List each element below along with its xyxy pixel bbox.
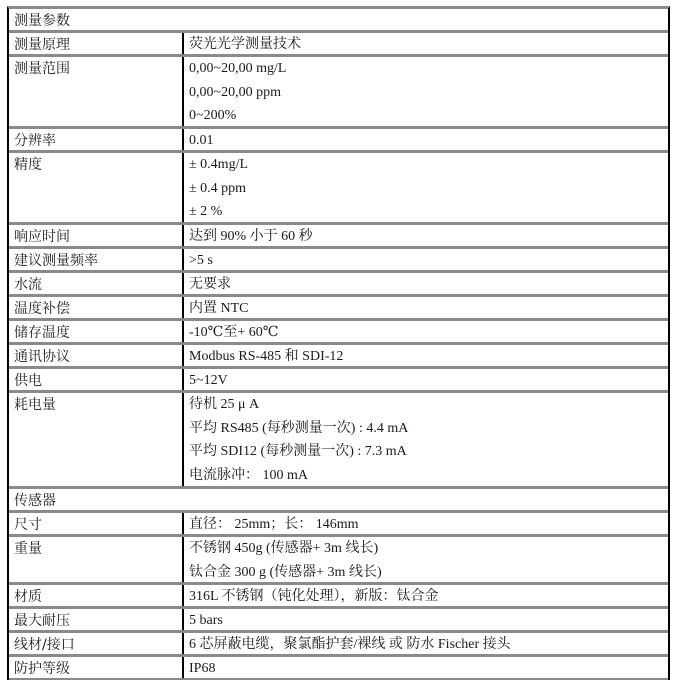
value-line: ± 0.4 ppm (189, 179, 668, 203)
row-value: 待机 25 μ A 平均 RS485 (每秒测量一次) : 4.4 mA 平均 … (182, 393, 668, 486)
table-row: 通讯协议 Modbus RS-485 和 SDI-12 (9, 345, 668, 369)
row-label: 尺寸 (9, 513, 182, 534)
row-value: 荧光光学测量技术 (182, 33, 668, 54)
section-title: 传感器 (9, 489, 668, 510)
row-value: 达到 90% 小于 60 秒 (182, 225, 668, 246)
row-value: 不锈钢 450g (传感器+ 3m 线长) 钛合金 300 g (传感器+ 3m… (182, 537, 668, 582)
table-row: 储存温度 -10℃至+ 60℃ (9, 321, 668, 345)
value-line: -10℃至+ 60℃ (189, 323, 668, 343)
section-header-measurement: 测量参数 (9, 9, 668, 33)
table-row: 响应时间 达到 90% 小于 60 秒 (9, 225, 668, 249)
value-line: 平均 RS485 (每秒测量一次) : 4.4 mA (189, 419, 668, 443)
value-line: 5 bars (189, 611, 668, 631)
table-row: 供电 5~12V (9, 369, 668, 393)
row-label: 线材/接口 (9, 633, 182, 654)
value-line: 不锈钢 450g (传感器+ 3m 线长) (189, 539, 668, 563)
value-line: 0,00~20,00 ppm (189, 83, 668, 107)
value-line: ± 0.4mg/L (189, 155, 668, 179)
row-label: 测量原理 (9, 33, 182, 54)
row-value: 6 芯屏蔽电缆，聚氯酯护套/裸线 或 防水 Fischer 接头 (182, 633, 668, 654)
value-line: IP68 (189, 659, 668, 679)
section-header-sensor: 传感器 (9, 489, 668, 513)
value-line: 内置 NTC (189, 299, 668, 319)
value-line: 电流脉冲： 100 mA (189, 466, 668, 486)
row-label: 材质 (9, 585, 182, 606)
row-value: 316L 不锈钢（钝化处理），新版：钛合金 (182, 585, 668, 606)
row-label: 测量范围 (9, 57, 182, 126)
row-label: 耗电量 (9, 393, 182, 486)
value-line: 316L 不锈钢（钝化处理），新版：钛合金 (189, 587, 668, 607)
table-row: 尺寸 直径： 25mm；长： 146mm (9, 513, 668, 537)
row-value: 5 bars (182, 609, 668, 630)
row-value: -10℃至+ 60℃ (182, 321, 668, 342)
row-label: 防护等级 (9, 657, 182, 678)
value-line: 6 芯屏蔽电缆，聚氯酯护套/裸线 或 防水 Fischer 接头 (189, 635, 668, 655)
row-label: 最大耐压 (9, 609, 182, 630)
row-label: 重量 (9, 537, 182, 582)
section-title: 测量参数 (9, 9, 668, 30)
row-value: ± 0.4mg/L ± 0.4 ppm ± 2 % (182, 153, 668, 222)
value-line: 0~200% (189, 106, 668, 126)
row-value: 0,00~20,00 mg/L 0,00~20,00 ppm 0~200% (182, 57, 668, 126)
row-label: 分辨率 (9, 129, 182, 150)
row-value: Modbus RS-485 和 SDI-12 (182, 345, 668, 366)
value-line: 无要求 (189, 275, 668, 295)
row-label: 水流 (9, 273, 182, 294)
row-value: 直径： 25mm；长： 146mm (182, 513, 668, 534)
table-row: 测量范围 0,00~20,00 mg/L 0,00~20,00 ppm 0~20… (9, 57, 668, 129)
table-row: 建议测量频率 >5 s (9, 249, 668, 273)
table-row: 重量 不锈钢 450g (传感器+ 3m 线长) 钛合金 300 g (传感器+… (9, 537, 668, 585)
table-row: 精度 ± 0.4mg/L ± 0.4 ppm ± 2 % (9, 153, 668, 225)
row-label: 储存温度 (9, 321, 182, 342)
row-label: 精度 (9, 153, 182, 222)
value-line: 待机 25 μ A (189, 395, 668, 419)
row-label: 响应时间 (9, 225, 182, 246)
row-label: 通讯协议 (9, 345, 182, 366)
row-label: 建议测量频率 (9, 249, 182, 270)
value-line: 5~12V (189, 371, 668, 391)
value-line: 达到 90% 小于 60 秒 (189, 227, 668, 247)
value-line: >5 s (189, 251, 668, 271)
table-row: 水流 无要求 (9, 273, 668, 297)
row-label: 温度补偿 (9, 297, 182, 318)
table-row: 最大耐压 5 bars (9, 609, 668, 633)
row-value: IP68 (182, 657, 668, 678)
row-value: 内置 NTC (182, 297, 668, 318)
table-row: 材质 316L 不锈钢（钝化处理），新版：钛合金 (9, 585, 668, 609)
row-value: >5 s (182, 249, 668, 270)
spec-table: 测量参数 测量原理 荧光光学测量技术 测量范围 0,00~20,00 mg/L … (7, 6, 670, 680)
row-value: 无要求 (182, 273, 668, 294)
value-line: 0.01 (189, 131, 668, 151)
value-line: 0,00~20,00 mg/L (189, 59, 668, 83)
value-line: 钛合金 300 g (传感器+ 3m 线长) (189, 563, 668, 583)
table-row: 线材/接口 6 芯屏蔽电缆，聚氯酯护套/裸线 或 防水 Fischer 接头 (9, 633, 668, 657)
table-row: 温度补偿 内置 NTC (9, 297, 668, 321)
row-label: 供电 (9, 369, 182, 390)
value-line: 荧光光学测量技术 (189, 35, 668, 55)
table-row: 耗电量 待机 25 μ A 平均 RS485 (每秒测量一次) : 4.4 mA… (9, 393, 668, 489)
row-value: 0.01 (182, 129, 668, 150)
table-row: 测量原理 荧光光学测量技术 (9, 33, 668, 57)
value-line: Modbus RS-485 和 SDI-12 (189, 347, 668, 367)
value-line: ± 2 % (189, 202, 668, 222)
value-line: 直径： 25mm；长： 146mm (189, 515, 668, 535)
table-row: 分辨率 0.01 (9, 129, 668, 153)
row-value: 5~12V (182, 369, 668, 390)
table-row: 防护等级 IP68 (9, 657, 668, 680)
value-line: 平均 SDI12 (每秒测量一次) : 7.3 mA (189, 442, 668, 466)
